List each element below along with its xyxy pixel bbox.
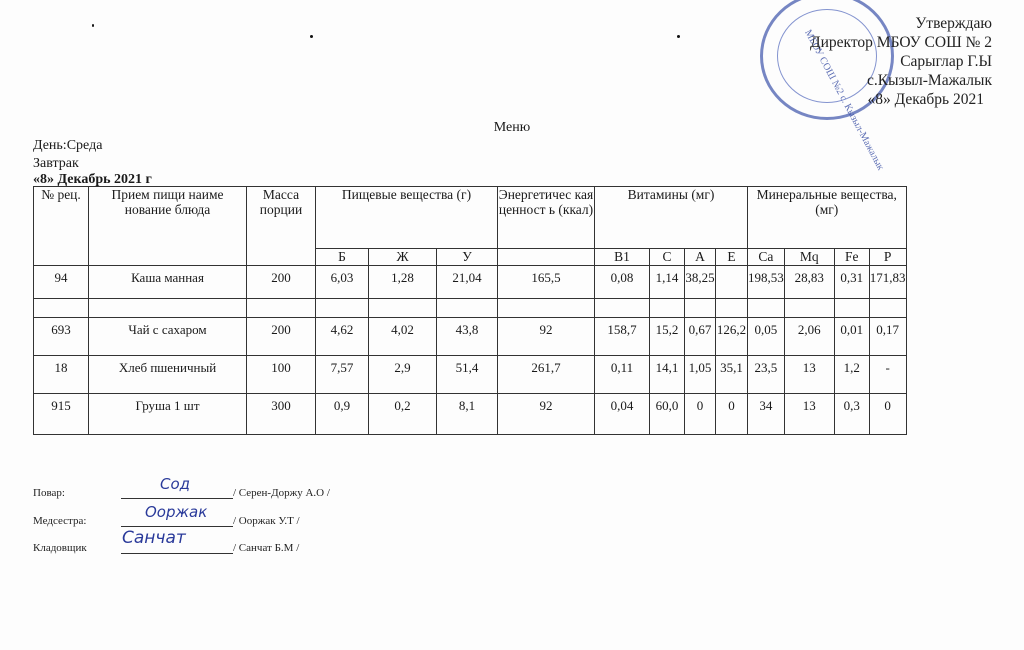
signature-name-cook: / Серен-Доржу А.О /: [233, 487, 330, 499]
cell-e: [716, 299, 748, 318]
approval-line: Утверждаю: [810, 14, 992, 33]
table-row: 94Каша манная2006,031,2821,04165,50,081,…: [34, 266, 949, 299]
signature-cook: Сод: [160, 475, 190, 493]
cell-c: 60,0: [650, 394, 685, 435]
header-mass: Масса порции: [247, 187, 316, 266]
signature-role-cook: Повар:: [33, 487, 65, 499]
cell-u: 43,8: [437, 318, 498, 356]
cell-p: 171,83: [869, 266, 906, 299]
meal-label: Завтрак: [33, 156, 79, 172]
cell-ca: 23,5: [748, 356, 785, 394]
cell-e: 35,1: [716, 356, 748, 394]
header-minerals: Минеральные вещества, (мг): [748, 187, 907, 249]
table-row-empty: [34, 299, 949, 318]
signature-storekeeper: Санчат: [122, 528, 186, 548]
cell-b: 7,57: [316, 356, 369, 394]
cell-dish: Груша 1 шт: [89, 394, 247, 435]
cell-p: [869, 299, 906, 318]
header-energy: Энергетичес кая ценност ь (ккал): [498, 187, 595, 249]
cell-ca: 0,05: [748, 318, 785, 356]
subheader-a: A: [685, 249, 716, 266]
cell-a: 1,05: [685, 356, 716, 394]
cell-b1: 0,04: [595, 394, 650, 435]
cell-ca: [748, 299, 785, 318]
cell-zh: 4,02: [369, 318, 437, 356]
subheader-zh: Ж: [369, 249, 437, 266]
cell-b1: 0,08: [595, 266, 650, 299]
approval-line: с.Кызыл-Мажалык: [810, 71, 992, 90]
cell-fe: 1,2: [834, 356, 869, 394]
cell-fe: 0,31: [834, 266, 869, 299]
subheader-mg: Mq: [784, 249, 834, 266]
cell-fe: 0,01: [834, 318, 869, 356]
cell-u: 21,04: [437, 266, 498, 299]
cell-a: [685, 299, 716, 318]
cell-kcal: 165,5: [498, 266, 595, 299]
scan-speck: [677, 35, 680, 38]
header-nutrients: Пищевые вещества (г): [316, 187, 498, 249]
cell-zh: 2,9: [369, 356, 437, 394]
cell-rec: 18: [34, 356, 89, 394]
subheader-c: C: [650, 249, 685, 266]
subheader-energy: [498, 249, 595, 266]
cell-dish: Каша манная: [89, 266, 247, 299]
cell-c: 14,1: [650, 356, 685, 394]
cell-kcal: 92: [498, 318, 595, 356]
subheader-b: Б: [316, 249, 369, 266]
cell-e: [716, 266, 748, 299]
cell-dish: Чай с сахаром: [89, 318, 247, 356]
approval-line: Директор МБОУ СОШ № 2: [810, 33, 992, 52]
cell-fe: [834, 299, 869, 318]
header-rec-no: № рец.: [34, 187, 89, 266]
cell-kcal: 92: [498, 394, 595, 435]
cell-ca: 198,53: [748, 266, 785, 299]
approval-line: Сарыглар Г.Ы: [810, 52, 992, 71]
cell-kcal: 261,7: [498, 356, 595, 394]
cell-dish: [89, 299, 247, 318]
cell-a: 38,25: [685, 266, 716, 299]
cell-a: 0,67: [685, 318, 716, 356]
cell-mass: 200: [247, 318, 316, 356]
cell-mg: 2,06: [784, 318, 834, 356]
cell-ca: 34: [748, 394, 785, 435]
cell-mass: [247, 299, 316, 318]
cell-b1: 0,11: [595, 356, 650, 394]
cell-zh: 0,2: [369, 394, 437, 435]
signature-nurse: Ооржак: [145, 503, 207, 521]
cell-e: 126,2: [716, 318, 748, 356]
cell-u: 8,1: [437, 394, 498, 435]
subheader-fe: Fe: [834, 249, 869, 266]
subheader-b1: B1: [595, 249, 650, 266]
cell-rec: 693: [34, 318, 89, 356]
cell-b1: [595, 299, 650, 318]
cell-b: 6,03: [316, 266, 369, 299]
cell-rec: 94: [34, 266, 89, 299]
subheader-ca: Ca: [748, 249, 785, 266]
cell-mg: 28,83: [784, 266, 834, 299]
approval-line: «8» Декабрь 2021: [810, 90, 984, 109]
cell-b1: 158,7: [595, 318, 650, 356]
scan-speck: [310, 35, 313, 38]
cell-mg: [784, 299, 834, 318]
subheader-p: P: [869, 249, 906, 266]
cell-zh: [369, 299, 437, 318]
cell-zh: 1,28: [369, 266, 437, 299]
cell-c: 15,2: [650, 318, 685, 356]
cell-b: 4,62: [316, 318, 369, 356]
cell-kcal: [498, 299, 595, 318]
cell-mass: 200: [247, 266, 316, 299]
cell-u: 51,4: [437, 356, 498, 394]
cell-c: [650, 299, 685, 318]
cell-p: 0: [869, 394, 906, 435]
cell-p: -: [869, 356, 906, 394]
cell-mg: 13: [784, 394, 834, 435]
cell-mg: 13: [784, 356, 834, 394]
cell-mass: 100: [247, 356, 316, 394]
cell-dish: Хлеб пшеничный: [89, 356, 247, 394]
subheader-e: E: [716, 249, 748, 266]
table-row: 915Груша 1 шт3000,90,28,1920,0460,000341…: [34, 394, 949, 435]
signature-role-nurse: Медсестра:: [33, 515, 86, 527]
cell-e: 0: [716, 394, 748, 435]
header-vitamins: Витамины (мг): [595, 187, 748, 249]
cell-c: 1,14: [650, 266, 685, 299]
signature-name-nurse: / Ооржак У.Т /: [233, 515, 300, 527]
cell-mass: 300: [247, 394, 316, 435]
cell-p: 0,17: [869, 318, 906, 356]
table-row: 693Чай с сахаром2004,624,0243,892158,715…: [34, 318, 949, 356]
subheader-u: У: [437, 249, 498, 266]
cell-rec: 915: [34, 394, 89, 435]
signature-name-storekeeper: / Санчат Б.М /: [233, 542, 299, 554]
menu-table: № рец. Прием пищи наиме нование блюда Ма…: [33, 186, 949, 435]
table-header-row: № рец. Прием пищи наиме нование блюда Ма…: [34, 187, 949, 249]
cell-a: 0: [685, 394, 716, 435]
cell-b: [316, 299, 369, 318]
day-label: День:Среда: [33, 138, 102, 154]
cell-b: 0,9: [316, 394, 369, 435]
cell-u: [437, 299, 498, 318]
table-row: 18Хлеб пшеничный1007,572,951,4261,70,111…: [34, 356, 949, 394]
page-title: Меню: [0, 120, 1024, 136]
approval-block: Утверждаю Директор МБОУ СОШ № 2 Сарыглар…: [810, 14, 992, 109]
signature-role-storekeeper: Кладовщик: [33, 542, 87, 554]
header-dish: Прием пищи наиме нование блюда: [89, 187, 247, 266]
cell-rec: [34, 299, 89, 318]
scan-speck: [92, 24, 94, 27]
cell-fe: 0,3: [834, 394, 869, 435]
